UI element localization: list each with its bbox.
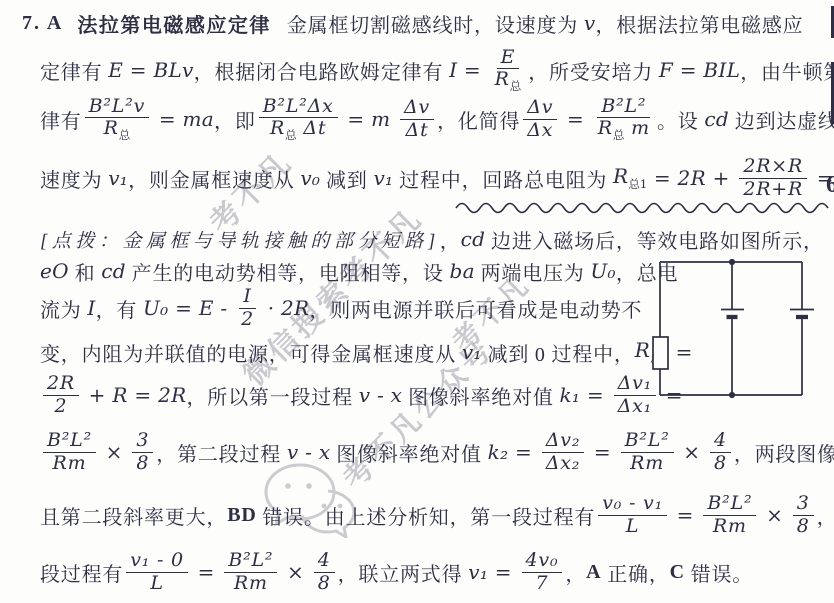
body-text: 和 [69,257,101,286]
body-text: ，化简得 [437,105,520,134]
math-text: k₁ = [559,383,610,407]
body-text: ，由牛顿第二定 [740,56,834,85]
answer-option: A [586,561,601,584]
math-text: v₁ = [468,560,518,584]
solution-line-6: eO 和 cd 产生的电动势相等，电阻相等，设 ba 两端电压为 U₀ ，总电 [40,256,678,286]
topic-title: 法拉第电磁感应定律 [77,9,271,38]
fraction: B²L² Rm [43,430,96,474]
solution-line-2: 定律有 E = BLv ，根据闭合电路欧姆定律有 I = E R总 ，所受安培力… [40,44,834,96]
solution-line-3: 律有 B²L²v R总 = ma ，即 B²L²Δx R总 Δt = m Δv … [40,90,834,148]
math-text: + R = 2R [82,383,187,407]
fraction: B²L² R总 m [594,96,654,142]
body-text: 图像斜率绝对值 [330,438,487,467]
body-text: ，所受安培力 [528,56,659,85]
math-text: × [759,503,789,527]
math-text: I [87,296,95,320]
body-text: ， [440,225,461,254]
fraction: 4 8 [710,430,731,474]
math-text: = [560,107,590,131]
math-text: I = [449,58,488,82]
fraction: Δv₂ Δx₂ [542,430,584,474]
solution-line-10: B²L² Rm × 3 8 ，第二段过程 v - x 图像斜率绝对值 k₂ = … [40,425,834,479]
math-text: · 2R [261,296,309,320]
math-text: U₀ = E - [143,296,234,320]
fraction: 3 8 [793,493,814,537]
body-text: ， [565,558,586,587]
body-text: ，则金属框速度从 [128,164,300,193]
wavy-underline [455,199,834,215]
body-text: 减到 [320,164,373,193]
math-text: = 2R + [647,166,736,190]
body-text: 减到 0 过程中， [482,338,635,367]
math-text: × [280,560,310,584]
body-text: ，第二段过程 [156,438,287,467]
solution-line-12: 段过程有 v₁ - 0 L = B²L² Rm × 4 8 ，联立两式得 v₁ … [40,545,753,599]
body-text: 流为 [40,294,87,323]
resistor-icon [653,337,668,369]
math-text: = m [341,107,397,131]
body-text: ，即 [214,105,256,134]
math-text: ba [449,259,474,283]
fraction: B²L²Δx R总 Δt [259,96,338,142]
body-text: 过程中，回路总电阻为 [393,164,613,193]
math-text: v₁ [373,166,393,190]
math-text: = [191,560,221,584]
fraction: I 2 [237,286,258,330]
math-text: v [584,11,596,35]
body-text: 错误。由上述分析知，第一段过程有 [257,501,596,530]
solution-line-9: 2R 2 + R = 2R ，所以第一段过程 v - x 图像斜率绝对值 k₁ … [40,369,683,421]
body-text: 段过程有 [40,558,123,587]
fraction: Δv Δx [523,97,557,141]
math-text: = [670,503,700,527]
answer-option: C [670,561,685,584]
fraction: E R总 [491,47,526,93]
fraction: 4v₀ 7 [522,550,563,594]
math-text: v - x [287,440,331,464]
fraction: 3 8 [132,430,153,474]
math-text: cd [461,227,486,251]
math-text: × [677,440,707,464]
answer-option: BD [227,504,256,527]
math-text: F = BIL [659,58,740,82]
math-text: × [99,440,129,464]
math-text: v₁ [108,166,128,190]
fraction: B²L²v R总 [85,96,150,142]
body-text: ，所以第一段过程 [187,381,359,410]
solution-line-7: 流为 I ，有 U₀ = E - I 2 · 2R ，则两电源并联后可看成是电动… [40,283,642,333]
math-text: U₀ [590,259,615,283]
body-text: 正确， [601,558,669,587]
body-text: ，两段图像均为直线 [734,438,834,467]
fraction: Δv Δt [400,97,434,141]
hint-note: [点拨：金属框与导轨接触的部分短路] [40,226,440,253]
math-text: = [587,440,617,464]
fraction: B²L² Rm [703,493,756,537]
body-text: 错误。 [685,558,753,587]
page-edge-mark: 6 [826,172,834,199]
body-text: 定律有 [40,56,108,85]
body-text: 边到达虚线时金属框的 [729,105,834,134]
math-text: v - x [359,383,403,407]
body-text: 金属框切割磁感线时，设速度为 [287,9,584,38]
body-text: 律有 [40,105,82,134]
math-text: = ma [152,107,214,131]
body-text: 且第二段斜率更大， [40,501,227,530]
fraction: B²L² Rm [224,550,277,594]
solution-line-1: 7. A 法拉第电磁感应定律 金属框切割磁感线时，设速度为 v ，根据法拉第电磁… [22,8,803,38]
fraction: 2R×R 2R+R [739,156,807,200]
math-text: eO [40,259,69,283]
math-text: v₁ [462,340,482,364]
math-text: cd [704,107,729,131]
solution-line-11: 且第二段斜率更大， BD 错误。由上述分析知，第一段过程有 v₀ - v₁ L … [40,488,834,542]
fraction: v₁ - 0 L [126,550,188,594]
math-text: cd [101,259,126,283]
solution-line-8: 变，内阻为并联值的电源，可得金属框速度从 v₁ 减到 0 过程中， R总2 = [40,337,693,367]
math-text: k₂ = [488,440,539,464]
body-text: 速度为 [40,164,108,193]
body-text: ，根据法拉第电磁感应 [595,9,803,38]
r-total-1: R总1 [613,164,647,192]
body-text: ，有 [96,294,143,323]
body-text: ，根据闭合电路欧姆定律有 [194,56,449,85]
math-text: E = BLv [108,58,193,82]
fraction: 4 8 [314,550,335,594]
circuit-wires [660,262,802,395]
junction-dot [729,392,735,398]
body-text: 产生的电动势相等，电阻相等，设 [126,257,450,286]
fraction: v₀ - v₁ L [598,493,667,537]
solution-page: 考不凡 微信搜索考不凡 考不凡 考不凡公众号 7. A 法拉第电磁感应定律 金属… [0,0,834,603]
body-text: 变，内阻为并联值的电源，可得金属框速度从 [40,338,462,367]
fraction: 2R 2 [43,373,79,417]
circuit-diagram [645,246,827,408]
body-text: ，则两电源并联后可看成是电动势不 [309,294,642,323]
body-text: ，第二 [817,501,834,530]
body-text: 两端电压为 [475,257,591,286]
problem-number-and-answer: 7. A [22,12,63,35]
math-text: v₀ [300,166,320,190]
junction-dot [729,259,735,265]
fraction: B²L² Rm [621,430,674,474]
body-text: ，联立两式得 [338,558,469,587]
body-text: 图像斜率绝对值 [402,381,559,410]
solution-line-4: 速度为 v₁ ，则金属框速度从 v₀ 减到 v₁ 过程中，回路总电阻为 R总1 … [40,150,834,206]
body-text: 。设 [657,105,704,134]
